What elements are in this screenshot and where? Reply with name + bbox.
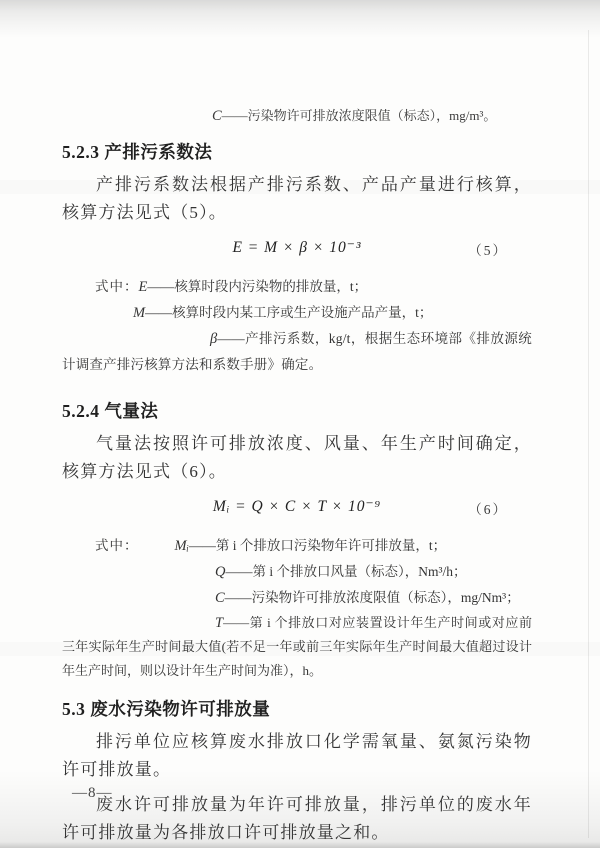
section-heading-5-2-3: 5.2.3 产排污系数法: [62, 140, 532, 164]
def-term: Q: [215, 564, 225, 580]
section-heading-5-2-4: 5.2.4 气量法: [62, 399, 532, 423]
section-paragraph: 废水许可排放量为年许可排放量，排污单位的废水年许可排放量为各排放口许可排放量之和…: [62, 791, 532, 847]
def-term: M: [133, 305, 145, 321]
def-line-beta: β——产排污系数，kg/t，根据生态环境部《排放源统计调查产排污核算方法和系数手…: [62, 326, 532, 377]
where-label: 式中：: [95, 538, 139, 553]
def-text: ——第 i 个排放口风量（标态），Nm³/h；: [225, 564, 466, 579]
section-paragraph: 产排污系数法根据产排污系数、产品产量进行核算，核算方法见式（5）。: [62, 171, 532, 227]
document-page: C——污染物许可排放浓度限值（标态），mg/m³。 5.2.3 产排污系数法 产…: [62, 0, 532, 847]
def-line-c: C——污染物许可排放浓度限值（标态），mg/Nm³；: [62, 585, 532, 611]
def-line-m: M——核算时段内某工序或生产设施产品产量，t；: [62, 300, 532, 326]
def-line-q: Q——第 i 个排放口风量（标态），Nm³/h；: [62, 559, 532, 585]
def-term: Mᵢ: [175, 538, 189, 554]
formula-number: （5）: [468, 239, 508, 259]
def-text: ——产排污系数，kg/t，根据生态环境部《排放源统计调查产排污核算方法和系数手册…: [62, 331, 532, 372]
where-label: 式中：: [95, 279, 139, 294]
def-text: ——污染物许可排放浓度限值（标态），mg/m³。: [222, 108, 497, 123]
formula-5: E = M × β × 10⁻³ （5）: [62, 238, 532, 264]
def-line-t: T——第 i 个排放口对应装置设计年生产时间或对应前三年实际年生产时间最大值(若…: [62, 611, 532, 683]
scan-right-edge: [588, 30, 589, 838]
formula-number: （6）: [468, 498, 508, 518]
def-term: C: [215, 590, 225, 606]
def-term: C: [212, 108, 222, 124]
def-text: ——第 i 个排放口对应装置设计年生产时间或对应前三年实际年生产时间最大值(若不…: [62, 615, 532, 678]
def-text: ——核算时段内污染物的排放量，t；: [147, 279, 367, 294]
section-heading-5-3: 5.3 废水污染物许可排放量: [62, 697, 532, 721]
def-text: ——第 i 个排放口污染物年许可排放量，t；: [189, 538, 446, 553]
formula-expression: E = M × β × 10⁻³: [232, 239, 361, 256]
formula-6-definitions: 式中：Mᵢ——第 i 个排放口污染物年许可排放量，t； Q——第 i 个排放口风…: [62, 533, 532, 683]
def-text: ——污染物许可排放浓度限值（标态），mg/Nm³；: [225, 590, 520, 605]
def-line-c-carryover: C——污染物许可排放浓度限值（标态），mg/m³。: [212, 106, 532, 126]
page-number: —8—: [72, 785, 113, 802]
section-paragraph: 排污单位应核算废水排放口化学需氧量、氨氮污染物许可排放量。: [62, 728, 532, 784]
def-line-mi: 式中：Mᵢ——第 i 个排放口污染物年许可排放量，t；: [62, 533, 532, 559]
def-line-e: 式中：E——核算时段内污染物的排放量，t；: [62, 274, 532, 300]
def-term: T: [215, 615, 223, 631]
section-paragraph: 气量法按照许可排放浓度、风量、年生产时间确定，核算方法见式（6）。: [62, 430, 532, 486]
formula-5-definitions: 式中：E——核算时段内污染物的排放量，t； M——核算时段内某工序或生产设施产品…: [62, 274, 532, 377]
formula-6: Mᵢ = Q × C × T × 10⁻⁹ （6）: [62, 497, 532, 523]
def-text: ——核算时段内某工序或生产设施产品产量，t；: [145, 305, 432, 320]
formula-expression: Mᵢ = Q × C × T × 10⁻⁹: [213, 498, 381, 515]
